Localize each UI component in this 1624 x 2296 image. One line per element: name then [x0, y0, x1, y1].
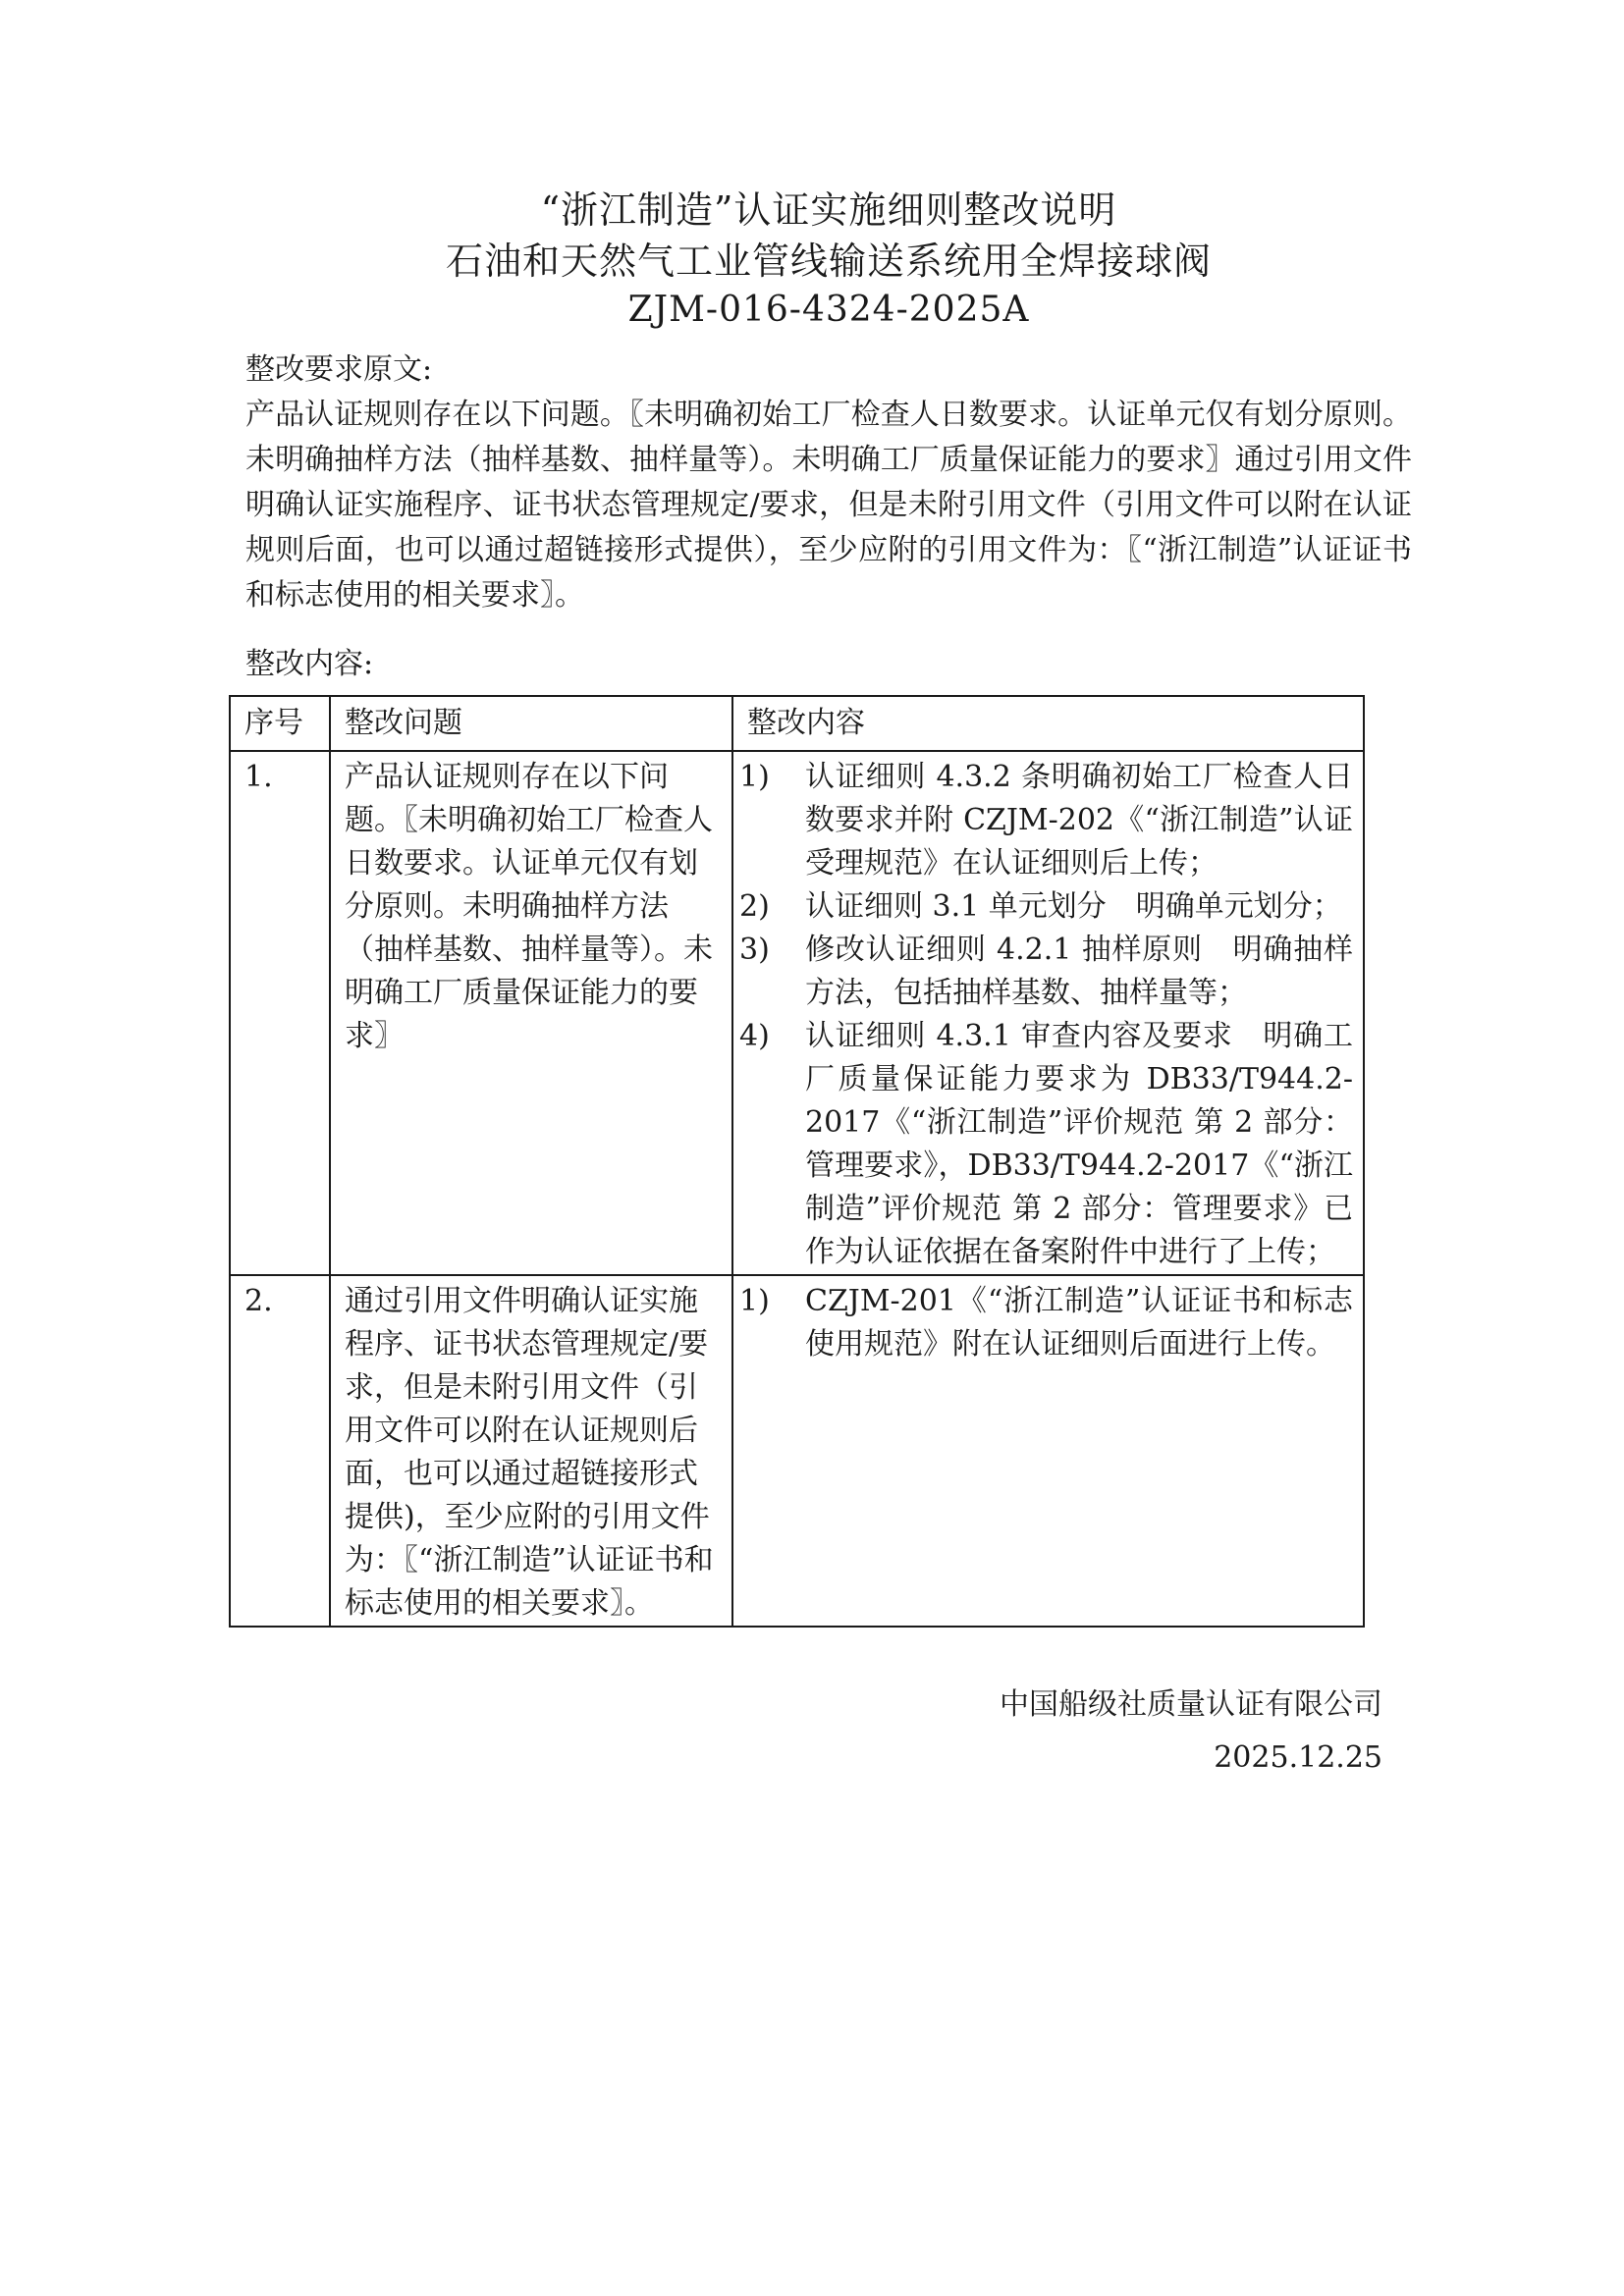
content-item: 2) 认证细则 3.1 单元划分 明确单元划分； — [739, 885, 1353, 929]
original-requirement-heading: 整改要求原文: — [245, 347, 1412, 393]
table-row: 1. 产品认证规则存在以下问题。〖未明确初始工厂检查人日数要求。认证单元仅有划分… — [230, 751, 1364, 1275]
document-page: “浙江制造”认证实施细则整改说明 石油和天然气工业管线输送系统用全焊接球阀 ZJ… — [0, 0, 1624, 2296]
content-cell: 1) 认证细则 4.3.2 条明确初始工厂检查人日数要求并附 CZJM-202《… — [732, 751, 1364, 1275]
item-marker: 4) — [739, 1015, 805, 1274]
row-number: 1. — [230, 751, 330, 1275]
signature-company: 中国船级社质量认证有限公司 — [245, 1679, 1382, 1732]
item-marker: 2) — [739, 885, 805, 929]
content-item: 3) 修改认证细则 4.2.1 抽样原则 明确抽样方法，包括抽样基数、抽样量等； — [739, 929, 1353, 1015]
document-code: ZJM-016-4324-2025A — [245, 287, 1412, 334]
problem-cell: 产品认证规则存在以下问题。〖未明确初始工厂检查人日数要求。认证单元仅有划分原则。… — [330, 751, 732, 1275]
original-requirement-body: 产品认证规则存在以下问题。〖未明确初始工厂检查人日数要求。认证单元仅有划分原则。… — [245, 393, 1412, 618]
item-marker: 3) — [739, 929, 805, 1015]
item-text: 认证细则 4.3.1 审查内容及要求 明确工厂质量保证能力要求为 DB33/T9… — [805, 1015, 1353, 1274]
signature-block: 中国船级社质量认证有限公司 2025.12.25 — [245, 1679, 1382, 1785]
row-number: 2. — [230, 1275, 330, 1627]
item-text: 认证细则 4.3.2 条明确初始工厂检查人日数要求并附 CZJM-202《“浙江… — [805, 756, 1353, 885]
document-title: “浙江制造”认证实施细则整改说明 — [245, 185, 1412, 236]
item-marker: 1) — [739, 1280, 805, 1366]
item-marker: 1) — [739, 756, 805, 885]
content-item: 1) 认证细则 4.3.2 条明确初始工厂检查人日数要求并附 CZJM-202《… — [739, 756, 1353, 885]
header-cell-content: 整改内容 — [732, 696, 1364, 751]
header-cell-problem: 整改问题 — [330, 696, 732, 751]
content-item: 1) CZJM-201《“浙江制造”认证证书和标志使用规范》附在认证细则后面进行… — [739, 1280, 1353, 1366]
content-item: 4) 认证细则 4.3.1 审查内容及要求 明确工厂质量保证能力要求为 DB33… — [739, 1015, 1353, 1274]
table-header-row: 序号 整改问题 整改内容 — [230, 696, 1364, 751]
document-subtitle: 石油和天然气工业管线输送系统用全焊接球阀 — [245, 236, 1412, 287]
item-text: CZJM-201《“浙江制造”认证证书和标志使用规范》附在认证细则后面进行上传。 — [805, 1280, 1353, 1366]
item-text: 修改认证细则 4.2.1 抽样原则 明确抽样方法，包括抽样基数、抽样量等； — [805, 929, 1353, 1015]
header-cell-no: 序号 — [230, 696, 330, 751]
rectification-table: 序号 整改问题 整改内容 1. 产品认证规则存在以下问题。〖未明确初始工厂检查人… — [229, 695, 1365, 1628]
rectification-heading: 整改内容: — [245, 642, 1412, 687]
item-text: 认证细则 3.1 单元划分 明确单元划分； — [805, 885, 1353, 929]
signature-date: 2025.12.25 — [245, 1732, 1382, 1785]
problem-cell: 通过引用文件明确认证实施程序、证书状态管理规定/要求，但是未附引用文件（引用文件… — [330, 1275, 732, 1627]
content-cell: 1) CZJM-201《“浙江制造”认证证书和标志使用规范》附在认证细则后面进行… — [732, 1275, 1364, 1627]
title-block: “浙江制造”认证实施细则整改说明 石油和天然气工业管线输送系统用全焊接球阀 ZJ… — [245, 185, 1412, 334]
table-row: 2. 通过引用文件明确认证实施程序、证书状态管理规定/要求，但是未附引用文件（引… — [230, 1275, 1364, 1627]
